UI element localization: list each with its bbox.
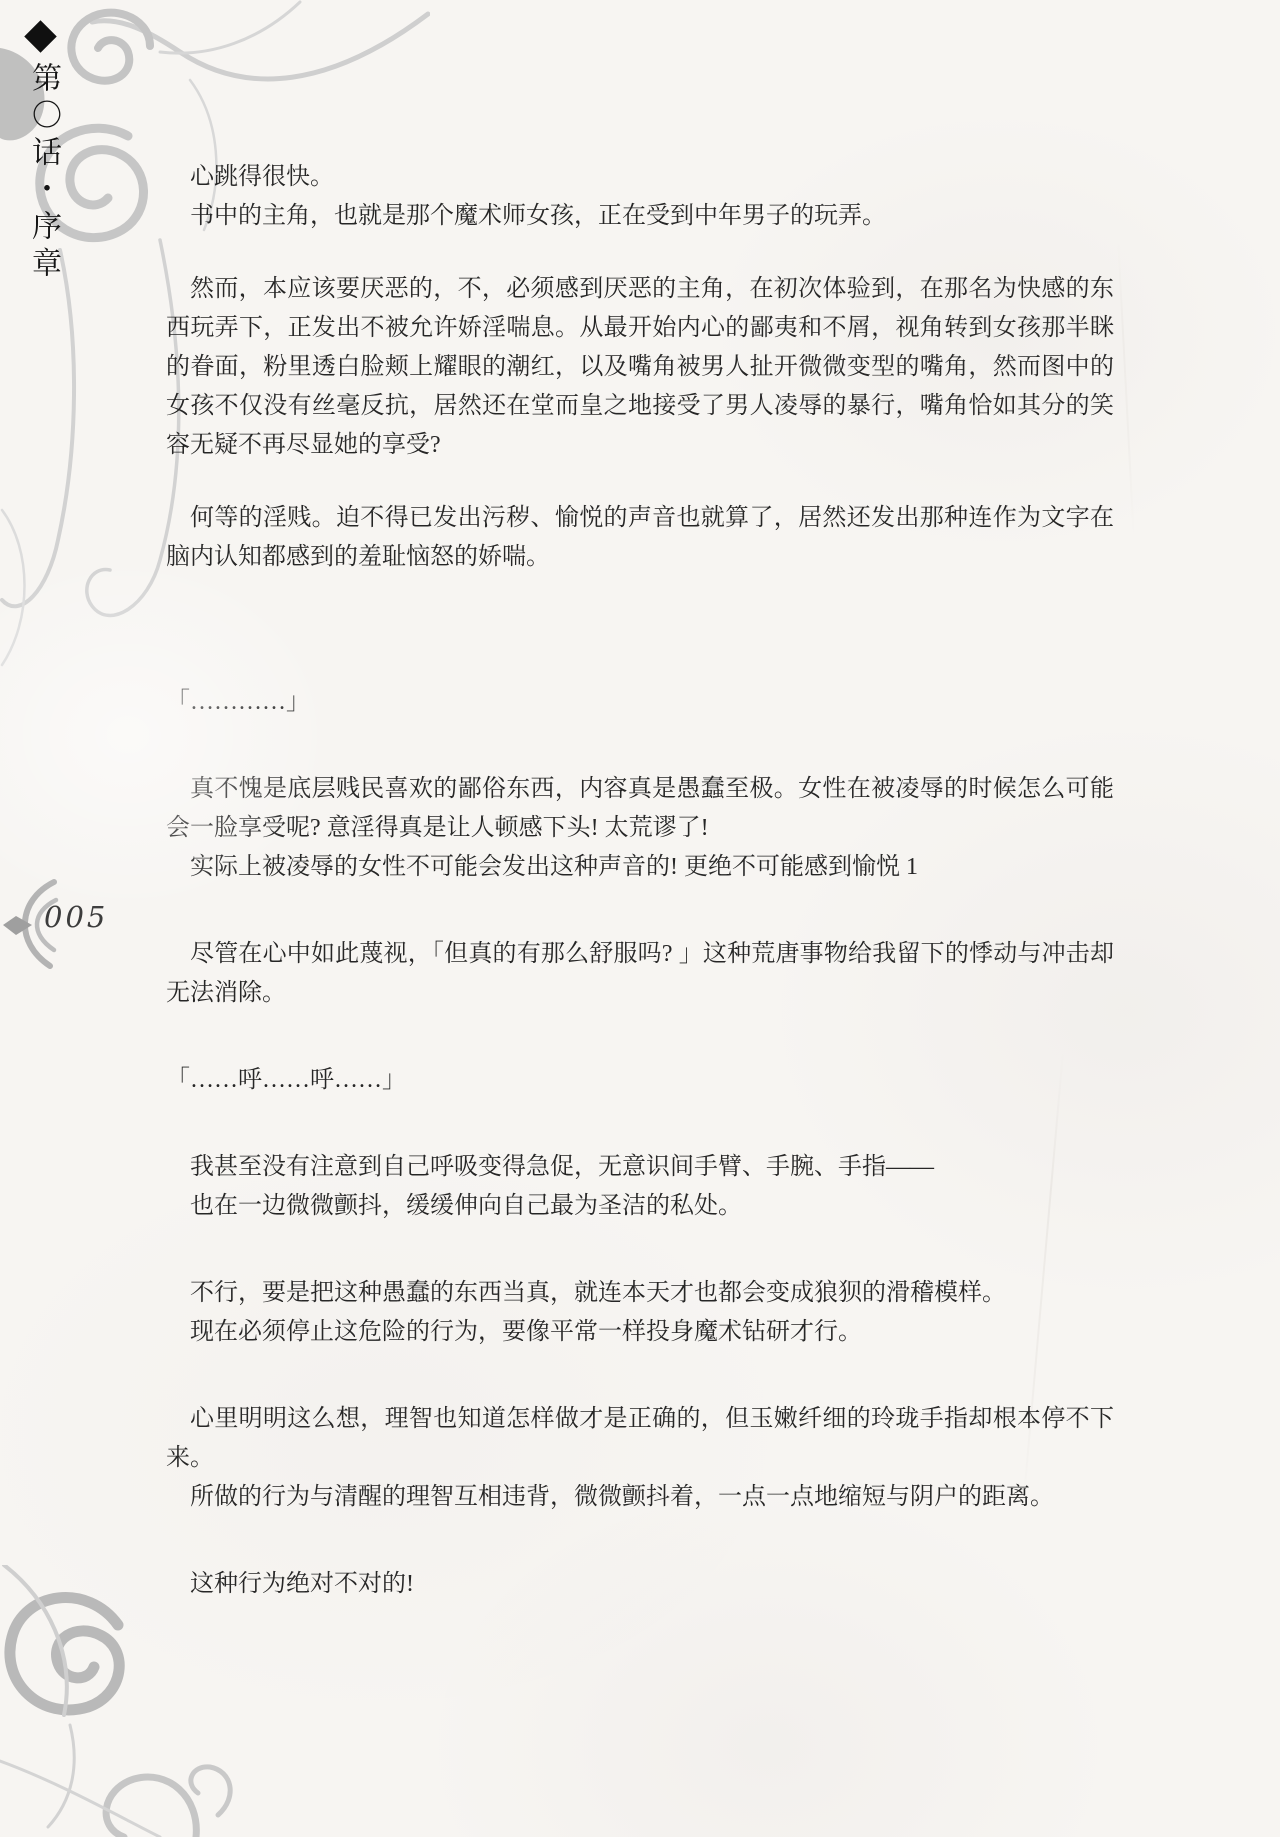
paragraph: 真不愧是底层贱民喜欢的鄙俗东西，内容真是愚蠢至极。女性在被凌辱的时候怎么可能会一… — [166, 770, 1114, 848]
book-page: 第〇话・序章 005 心跳得很快。 书中的主角，也就是那个魔术师女孩，正在受到中… — [0, 0, 1280, 1837]
paragraph-dialogue: 「……呼……呼……」 — [166, 1061, 1114, 1100]
paragraph: 现在必须停止这危险的行为，要像平常一样投身魔术钻研才行。 — [166, 1313, 1114, 1352]
paragraph-dialogue: 「…………」 — [166, 683, 1114, 722]
page-number-block: 005 — [0, 878, 120, 978]
paragraph: 然而，本应该要厌恶的，不，必须感到厌恶的主角，在初次体验到，在那名为快感的东西玩… — [166, 270, 1114, 465]
paragraph: 心跳得很快。 — [166, 158, 1114, 197]
paragraph: 也在一边微微颤抖，缓缓伸向自己最为圣洁的私处。 — [166, 1187, 1114, 1226]
paragraph: 不行，要是把这种愚蠢的东西当真，就连本天才也都会变成狼狈的滑稽模样。 — [166, 1274, 1114, 1313]
paragraph: 所做的行为与清醒的理智互相违背，微微颤抖着，一点一点地缩短与阴户的距离。 — [166, 1478, 1114, 1517]
paragraph: 实际上被凌辱的女性不可能会发出这种声音的! 更绝不可能感到愉悦 1 — [166, 848, 1114, 887]
body-text: 心跳得很快。 书中的主角，也就是那个魔术师女孩，正在受到中年男子的玩弄。 然而，… — [166, 158, 1114, 1604]
paragraph: 书中的主角，也就是那个魔术师女孩，正在受到中年男子的玩弄。 — [166, 197, 1114, 236]
paper-crease — [1117, 240, 1135, 540]
corner-flourish-bottom-icon — [0, 1565, 250, 1837]
diamond-icon — [24, 20, 57, 53]
paragraph: 何等的淫贱。迫不得已发出污秽、愉悦的声音也就算了，居然还发出那种连作为文字在脑内… — [166, 499, 1114, 577]
edge-flourish-mid-icon — [0, 505, 44, 675]
paragraph: 我甚至没有注意到自己呼吸变得急促，无意识间手臂、手腕、手指—— — [166, 1148, 1114, 1187]
page-number: 005 — [44, 900, 108, 934]
paragraph: 这种行为绝对不对的! — [166, 1565, 1114, 1604]
chapter-title: 第〇话・序章 — [21, 62, 65, 284]
paragraph: 尽管在心中如此蔑视，「但真的有那么舒服吗? 」这种荒唐事物给我留下的悸动与冲击却… — [166, 935, 1114, 1013]
paragraph: 心里明明这么想，理智也知道怎样做才是正确的，但玉嫩纤细的玲珑手指却根本停不下来。 — [166, 1400, 1114, 1478]
